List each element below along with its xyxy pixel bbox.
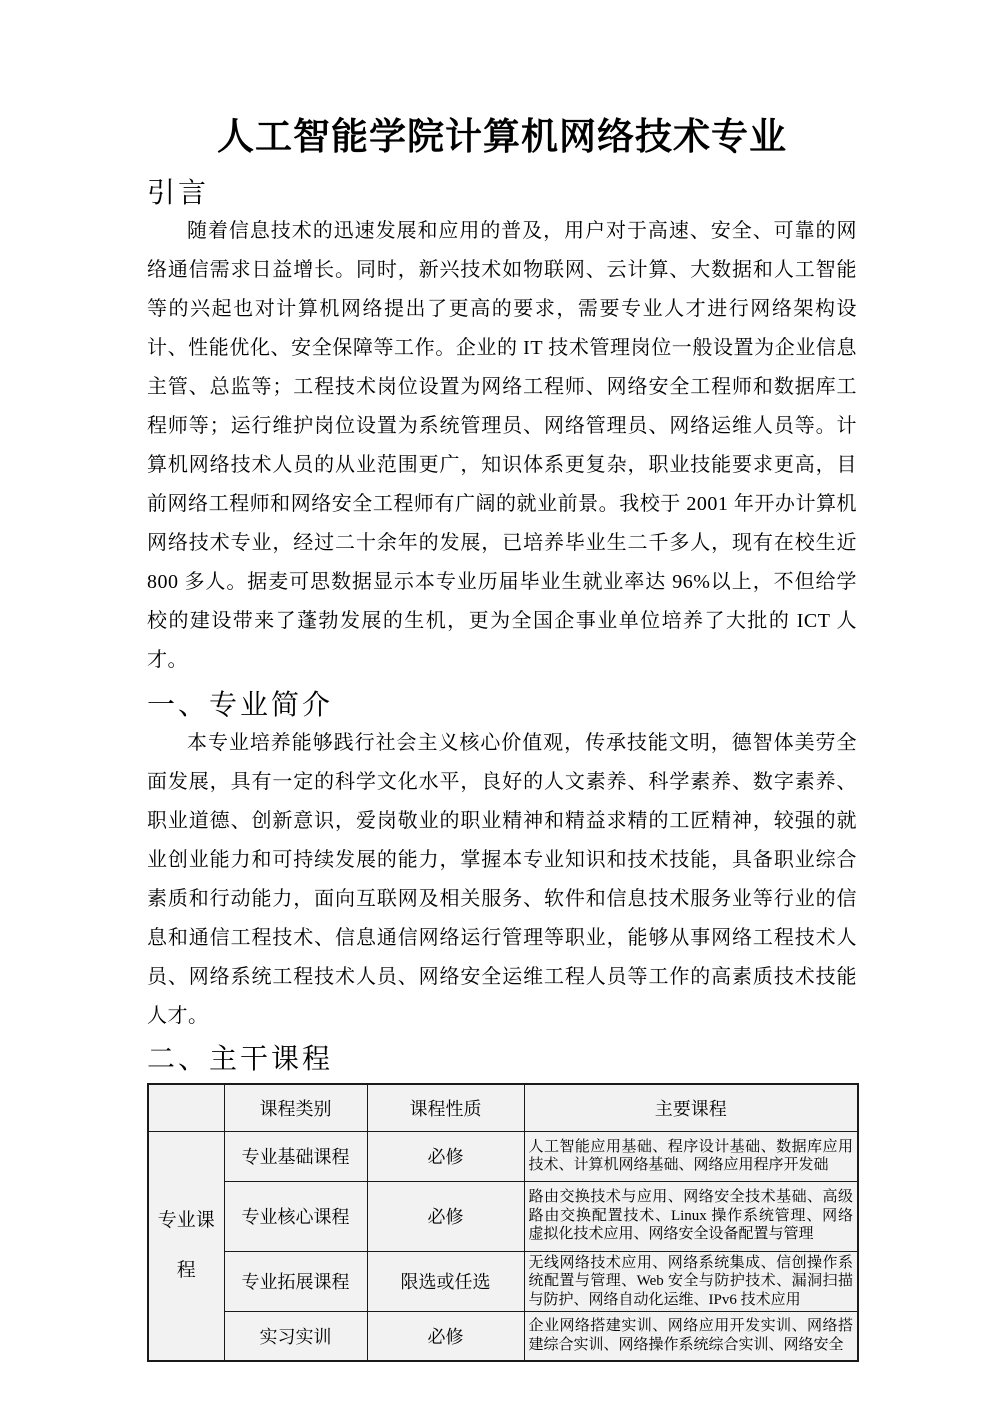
column-header-nature: 课程性质 <box>367 1084 524 1131</box>
courses-cell: 企业网络搭建实训、网络应用开发实训、网络搭建综合实训、网络操作系统综合实训、网络… <box>524 1312 858 1361</box>
section-heading-intro: 引言 <box>147 176 857 212</box>
column-header-category: 课程类别 <box>224 1084 367 1131</box>
intro-paragraph: 随着信息技术的迅速发展和应用的普及，用户对于高速、安全、可靠的网络通信需求日益增… <box>147 212 857 680</box>
courses-table: 课程类别 课程性质 主要课程 专业课程 专业基础课程 必修 人工智能应用基础、程… <box>147 1083 859 1362</box>
table-row: 实习实训 必修 企业网络搭建实训、网络应用开发实训、网络搭建综合实训、网络操作系… <box>148 1312 858 1361</box>
nature-cell: 限选或任选 <box>367 1251 524 1312</box>
table-row: 专业拓展课程 限选或任选 无线网络技术应用、网络系统集成、信创操作系统配置与管理… <box>148 1251 858 1312</box>
page-title: 人工智能学院计算机网络技术专业 <box>147 112 857 162</box>
table-row: 专业课程 专业基础课程 必修 人工智能应用基础、程序设计基础、数据库应用技术、计… <box>148 1131 858 1181</box>
nature-cell: 必修 <box>367 1312 524 1361</box>
row-group-label-cell: 专业课程 <box>148 1131 224 1361</box>
courses-cell: 路由交换技术与应用、网络安全技术基础、高级路由交换配置技术、Linux 操作系统… <box>524 1181 858 1251</box>
category-cell: 专业拓展课程 <box>224 1251 367 1312</box>
category-cell: 专业核心课程 <box>224 1181 367 1251</box>
category-cell: 实习实训 <box>224 1312 367 1361</box>
section-heading-major-overview: 一、专业简介 <box>147 688 857 724</box>
major-overview-paragraph: 本专业培养能够践行社会主义核心价值观，传承技能文明，德智体美劳全面发展，具有一定… <box>147 724 857 1036</box>
table-header-row: 课程类别 课程性质 主要课程 <box>148 1084 858 1131</box>
nature-cell: 必修 <box>367 1131 524 1181</box>
courses-cell: 无线网络技术应用、网络系统集成、信创操作系统配置与管理、Web 安全与防护技术、… <box>524 1251 858 1312</box>
section-heading-main-courses: 二、主干课程 <box>147 1042 857 1078</box>
column-header-main-courses: 主要课程 <box>524 1084 858 1131</box>
document-page: 人工智能学院计算机网络技术专业 引言 随着信息技术的迅速发展和应用的普及，用户对… <box>147 112 857 1362</box>
nature-cell: 必修 <box>367 1181 524 1251</box>
courses-cell: 人工智能应用基础、程序设计基础、数据库应用技术、计算机网络基础、网络应用程序开发… <box>524 1131 858 1181</box>
table-corner-cell <box>148 1084 224 1131</box>
table-row: 专业核心课程 必修 路由交换技术与应用、网络安全技术基础、高级路由交换配置技术、… <box>148 1181 858 1251</box>
category-cell: 专业基础课程 <box>224 1131 367 1181</box>
